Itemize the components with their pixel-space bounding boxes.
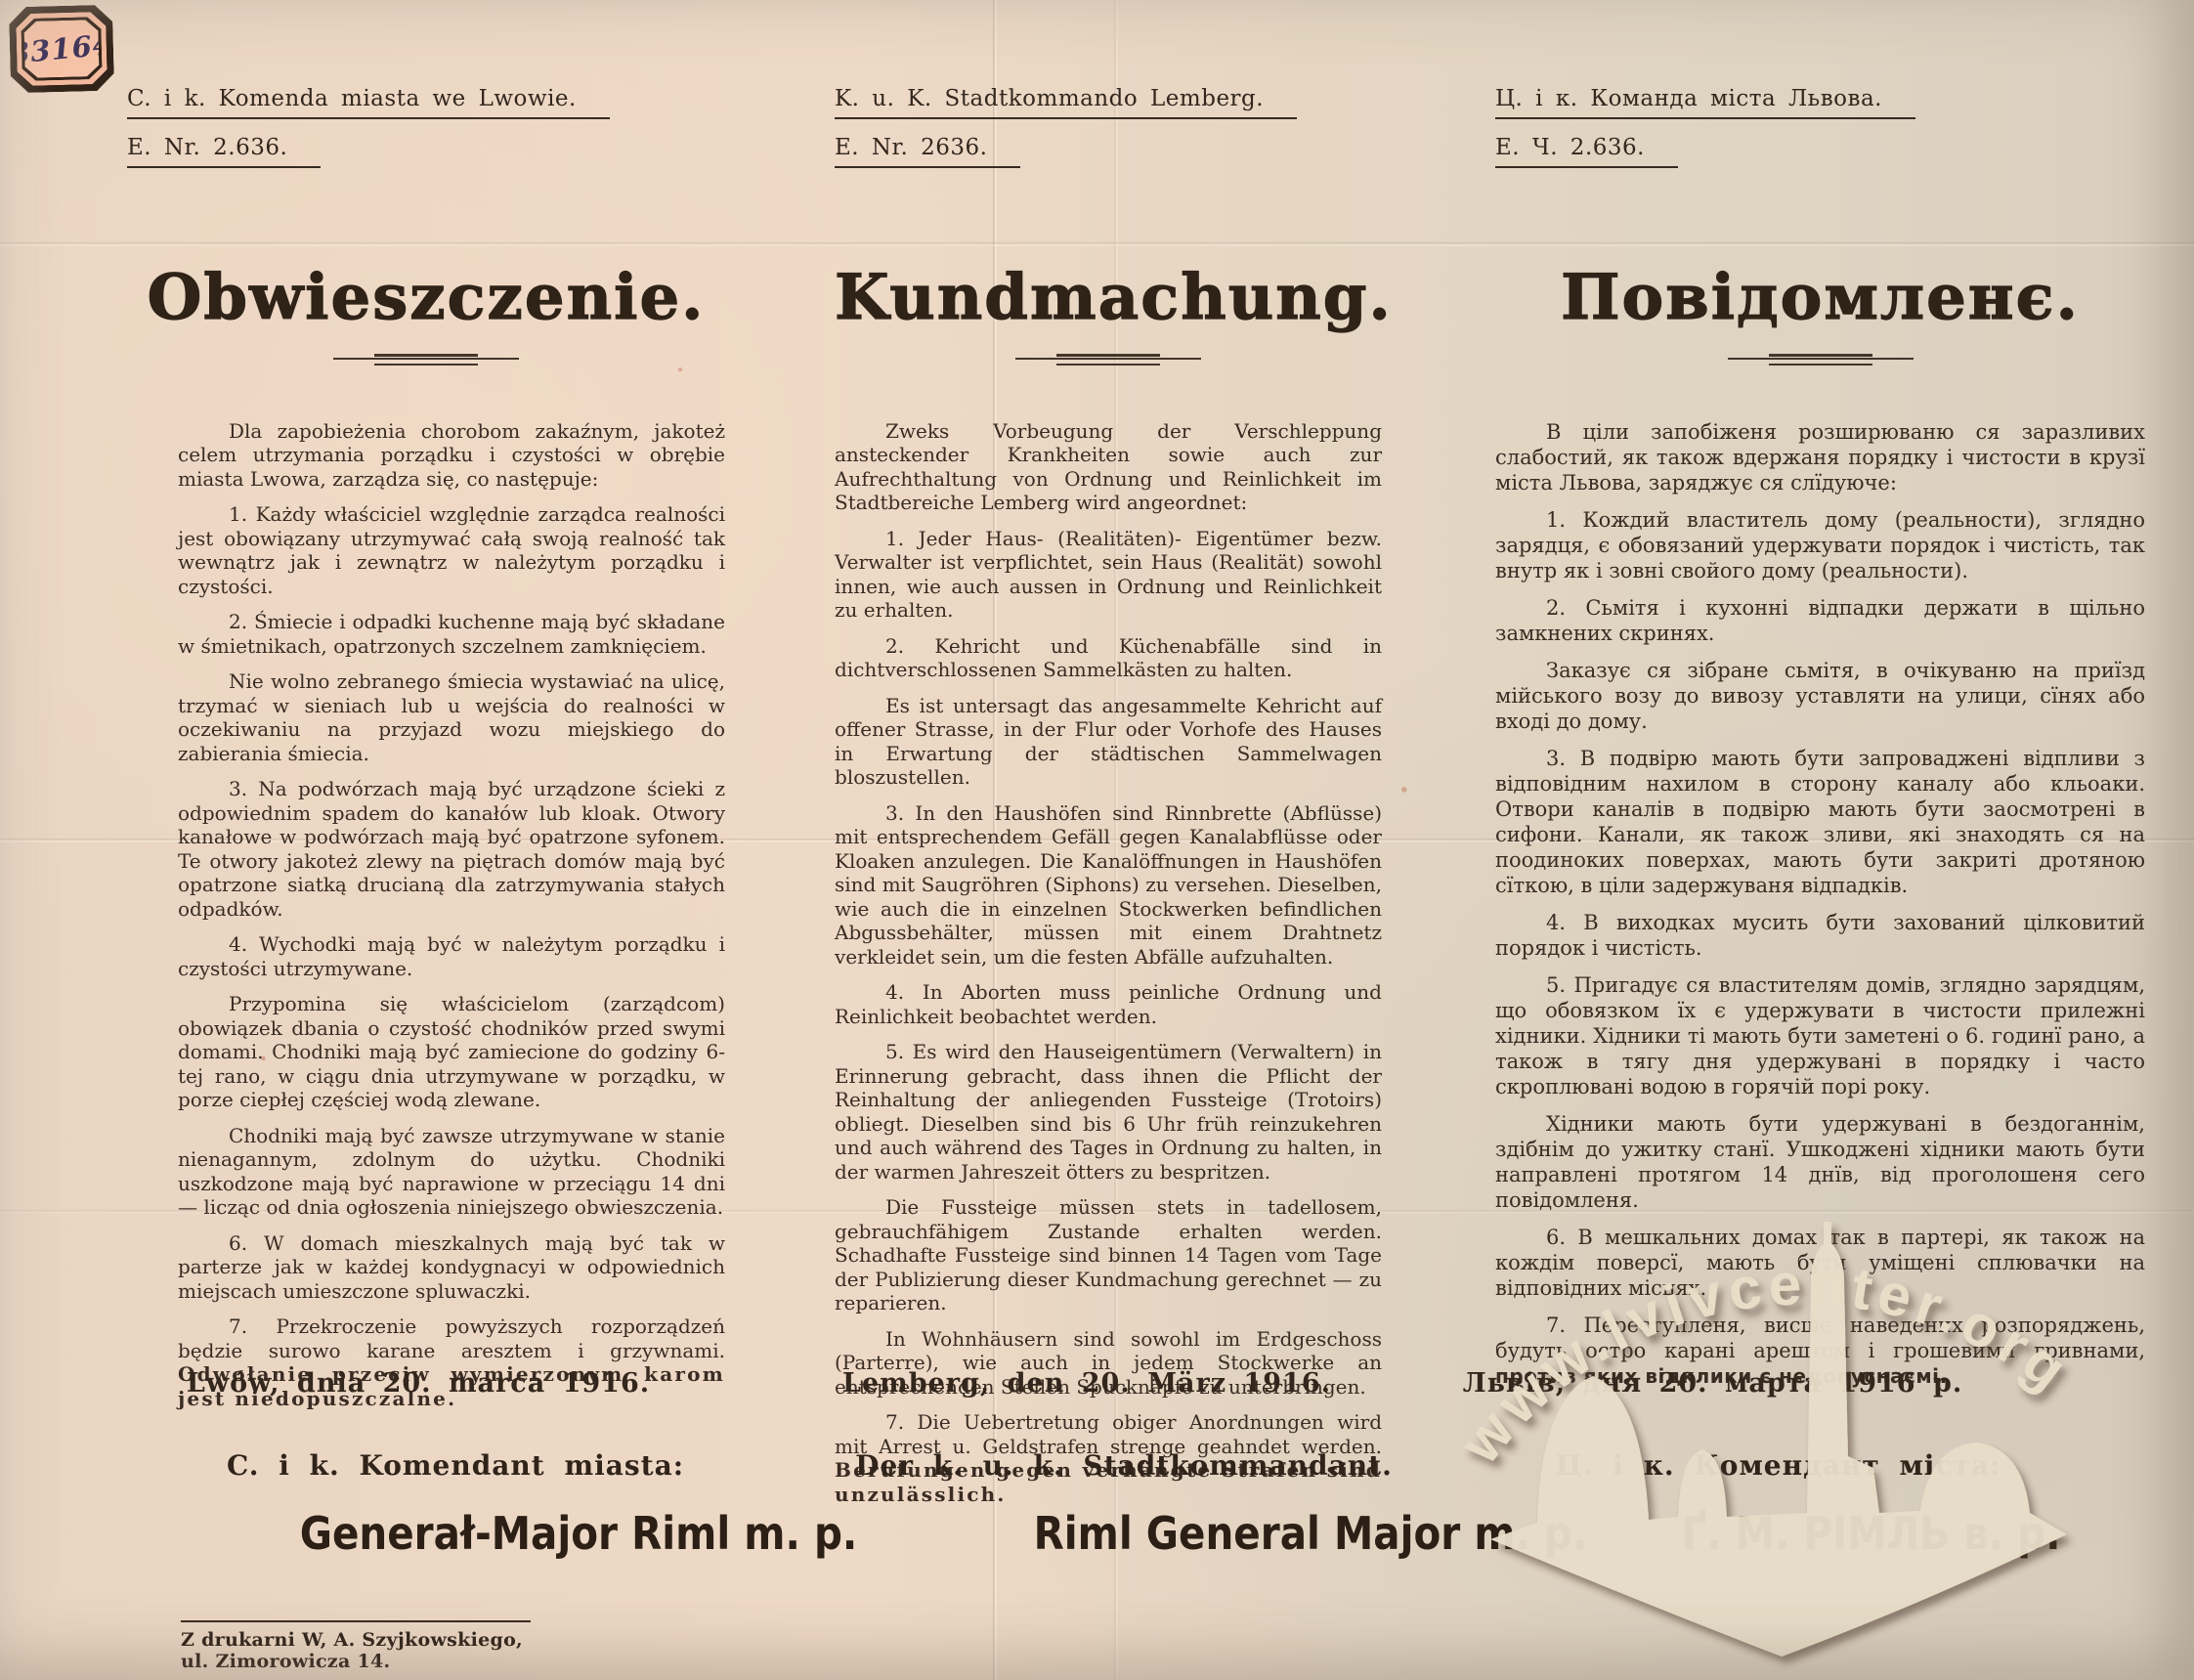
column-header: K. u. K. Stadtkommando Lemberg. E. Nr. 2… (835, 0, 1382, 168)
archive-stamp: 33164 (9, 5, 114, 94)
paragraph: 2. Сьмітя і кухонні відпадки держати в щ… (1495, 595, 2145, 646)
paragraph: Nie wolno zebranego śmiecia wystawiać na… (178, 669, 725, 765)
paragraph: 4. In Aborten muss peinliche Ordnung und… (835, 980, 1382, 1028)
issuer-line: C. i k. Komenda miasta we Lwowie. (127, 86, 610, 119)
body-text: 6. W domach mieszkalnych mają być tak w … (178, 1231, 725, 1303)
body-text: Chodniki mają być zawsze utrzymywane w s… (178, 1124, 725, 1220)
body-german: Zweks Vorbeugung der Verschleppung anste… (835, 419, 1382, 1507)
paragraph: 3. In den Haushöfen sind Rinnbrette (Abf… (835, 801, 1382, 969)
title-divider (1015, 354, 1201, 363)
signature-role: C. i k. Komendant miasta: (156, 1449, 754, 1482)
body-text: Es ist untersagt das angesammelte Kehric… (835, 694, 1382, 790)
watermark-logo: www.lvivcenter.org (1393, 1124, 2194, 1680)
title-divider (333, 354, 519, 363)
issuer-line: K. u. K. Stadtkommando Lemberg. (835, 86, 1297, 119)
title-polish: Obwieszczenie. (127, 262, 725, 334)
paragraph: Es ist untersagt das angesammelte Kehric… (835, 694, 1382, 790)
body-text: 5. Es wird den Hauseigentümern (Verwalte… (835, 1040, 1382, 1184)
reference-number: E. Nr. 2.636. (127, 135, 321, 168)
body-text: 4. Wychodki mają być w należytym porządk… (178, 932, 725, 980)
paragraph: Zweks Vorbeugung der Verschleppung anste… (835, 419, 1382, 515)
column-polish: C. i k. Komenda miasta we Lwowie. E. Nr.… (127, 0, 725, 1680)
paragraph: Die Fussteige müssen stets in tadellosem… (835, 1195, 1382, 1315)
body-text: 3. In den Haushöfen sind Rinnbrette (Abf… (835, 801, 1382, 969)
paragraph: 5. Es wird den Hauseigentümern (Verwalte… (835, 1040, 1382, 1184)
signature-name: Generał-Major Riml m. p. (300, 1507, 827, 1560)
body-text: 2. Kehricht und Küchenabfälle sind in di… (835, 634, 1382, 682)
paragraph: 1. Кождий властитель дому (реальности), … (1495, 507, 2145, 583)
watermark-text: www.lvivcenter.org (1446, 1251, 2084, 1476)
paragraph: Заказує ся зібране сьмітя, в очікуваню н… (1495, 658, 2145, 734)
proclamation-poster: 33164 C. i k. Komenda miasta we Lwowie. … (0, 0, 2194, 1680)
title-german: Kundmachung. (835, 262, 1382, 334)
paragraph: 2. Śmiecie i odpadki kuchenne mają być s… (178, 610, 725, 658)
body-text: 4. In Aborten muss peinliche Ordnung und… (835, 980, 1382, 1028)
paragraph: 2. Kehricht und Küchenabfälle sind in di… (835, 634, 1382, 682)
body-polish: Dla zapobieżenia chorobom zakaźnym, jako… (178, 419, 725, 1411)
printer-imprint: Z drukarni W, A. Szyjkowskiego, ul. Zimo… (181, 1620, 531, 1672)
body-text: 3. Na podwórzach mają być urządzone ście… (178, 777, 725, 921)
body-text: Dla zapobieżenia chorobom zakaźnym, jako… (178, 419, 725, 491)
column-footer: Lemberg, den 20. März 1916. Der k. u. k.… (835, 1368, 1382, 1560)
issuer-line: Ц. і к. Команда міста Львова. (1495, 86, 1915, 119)
paragraph: Chodniki mają być zawsze utrzymywane w s… (178, 1124, 725, 1220)
body-text: 7. Przekroczenie powyższych rozporządzeń… (178, 1314, 725, 1362)
body-text: 1. Każdy właściciel względnie zarządca r… (178, 502, 725, 598)
body-text: 1. Кождий властитель дому (реальности), … (1495, 508, 2145, 582)
body-text: 5. Пригадує ся властителям домів, зглядн… (1495, 973, 2145, 1098)
date-line: Lwów, dnia 20. marca 1916. (119, 1368, 717, 1399)
column-header: Ц. і к. Команда міста Львова. Е. Ч. 2.63… (1495, 0, 2145, 168)
body-text: 3. В подвірю мають бути запроваджені від… (1495, 747, 2145, 897)
body-text: Nie wolno zebranego śmiecia wystawiać na… (178, 669, 725, 765)
paragraph: 1. Jeder Haus- (Realitäten)- Eigentümer … (835, 527, 1382, 623)
body-text: 4. В виходках мусить бути захований цілк… (1495, 911, 2145, 960)
paragraph: 4. В виходках мусить бути захований цілк… (1495, 910, 2145, 961)
body-text: Zweks Vorbeugung der Verschleppung anste… (835, 419, 1382, 515)
date-line: Lemberg, den 20. März 1916. (813, 1368, 1360, 1399)
reference-number: E. Nr. 2636. (835, 135, 1020, 168)
reference-number: Е. Ч. 2.636. (1495, 135, 1678, 168)
body-text: Przypomina się właścicielom (zarządcom) … (178, 992, 725, 1111)
body-text: 1. Jeder Haus- (Realitäten)- Eigentümer … (835, 527, 1382, 623)
paragraph: 1. Każdy właściciel względnie zarządca r… (178, 502, 725, 598)
body-text: В ціли запобіженя розширюваню ся заразли… (1495, 420, 2145, 495)
column-footer: Lwów, dnia 20. marca 1916. C. i k. Komen… (127, 1368, 725, 1560)
column-header: C. i k. Komenda miasta we Lwowie. E. Nr.… (127, 0, 725, 168)
column-german: K. u. K. Stadtkommando Lemberg. E. Nr. 2… (835, 0, 1382, 1680)
title-divider (1728, 354, 1914, 363)
paragraph: 3. В подвірю мають бути запроваджені від… (1495, 746, 2145, 898)
stamp-center: 33164 (23, 20, 99, 78)
paragraph: В ціли запобіженя розширюваню ся заразли… (1495, 419, 2145, 495)
paragraph: 6. W domach mieszkalnych mają być tak w … (178, 1231, 725, 1304)
paragraph: Przypomina się właścicielom (zarządcom) … (178, 992, 725, 1112)
paragraph: 4. Wychodki mają być w należytym porządk… (178, 932, 725, 980)
paragraph: 5. Пригадує ся властителям домів, зглядн… (1495, 972, 2145, 1099)
title-ukrainian: Повідомленє. (1495, 262, 2145, 334)
body-text: Die Fussteige müssen stets in tadellosem… (835, 1195, 1382, 1314)
printer-imprint-text: Z drukarni W, A. Szyjkowskiego, ul. Zimo… (181, 1629, 523, 1672)
paragraph: Dla zapobieżenia chorobom zakaźnym, jako… (178, 419, 725, 492)
signature-role: Der k. u. k. Stadtkommandant. (850, 1449, 1398, 1482)
body-text: 2. Śmiecie i odpadki kuchenne mają być s… (178, 610, 725, 658)
paragraph: 3. Na podwórzach mają być urządzone ście… (178, 777, 725, 921)
body-text: Заказує ся зібране сьмітя, в очікуваню н… (1495, 659, 2145, 733)
body-text: 2. Сьмітя і кухонні відпадки держати в щ… (1495, 596, 2145, 645)
